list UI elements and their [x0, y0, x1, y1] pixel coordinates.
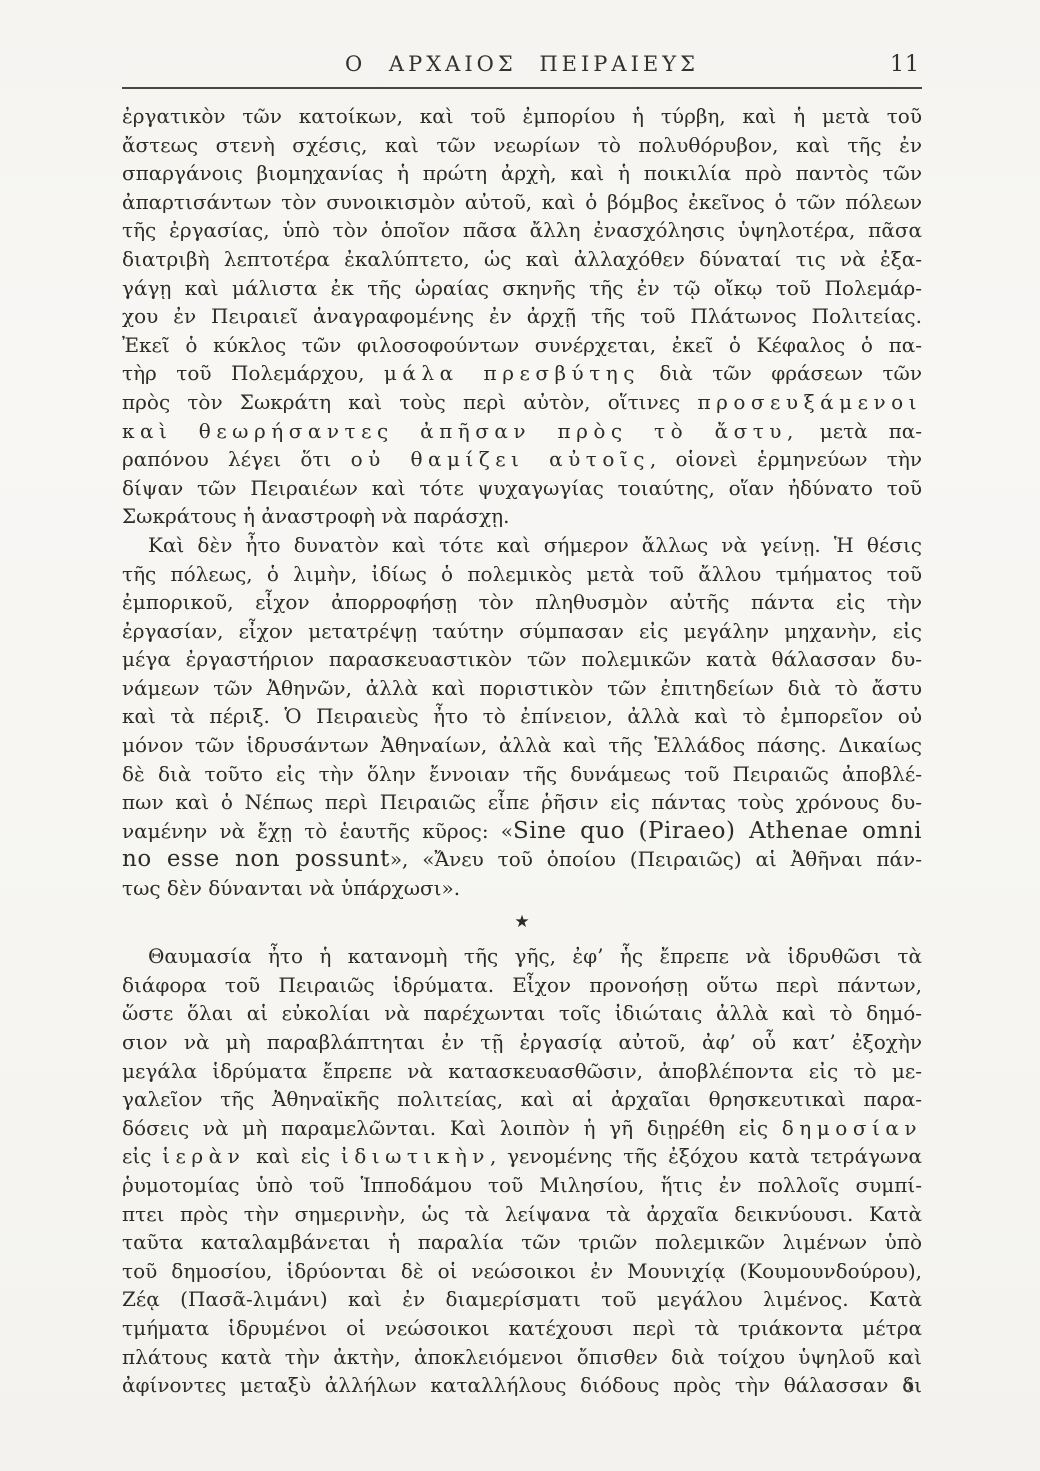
text-segment: ἐργατικὸν τῶν κατοίκων, καὶ τοῦ ἐμπορίου…	[122, 104, 922, 128]
text-line: γάγῃ καὶ μάλιστα ἐκ τῆς ὡραίας σκηνῆς τῆ…	[122, 274, 922, 303]
text-line: ἐμπορικοῦ, εἶχον ἀπορροφήσῃ τὸν πληθυσμὸ…	[122, 588, 922, 617]
text-line: διατριβὴ λεπτοτέρα ἐκαλύπτετο, ὡς καὶ ἀλ…	[122, 245, 922, 274]
text-segment: διάφορα τοῦ Πειραιῶς ἱδρύματα. Εἶχον προ…	[122, 973, 922, 997]
text-line: ἄστεως στενὴ σχέσις, καὶ τῶν νεωρίων τὸ …	[122, 131, 922, 160]
text-line: Καὶ δὲν ἦτο δυνατὸν καὶ τότε καὶ σήμερον…	[122, 531, 922, 560]
text-segment: καὶ τὰ πέριξ. Ὁ Πειραιεὺς ἦτο τὸ ἐπίνειο…	[122, 704, 922, 728]
text-segment: χου ἐν Πειραιεῖ ἀναγραφομένης ἐν ἀρχῇ τῆ…	[122, 304, 922, 328]
text-segment: ναμένην νὰ ἔχῃ τὸ ἑαυτῆς κῦρος: «	[122, 819, 513, 843]
letterspaced-emphasis-segment: οὐ θαμίζει αὐτοῖς	[351, 447, 650, 471]
letterspaced-emphasis-segment: ἱερὰν	[162, 1144, 245, 1168]
text-segment: γάγῃ καὶ μάλιστα ἐκ τῆς ὡραίας σκηνῆς τῆ…	[122, 276, 922, 300]
text-line: ἐργασίαν, εἶχον μετατρέψῃ ταύτην σύμπασα…	[122, 617, 922, 646]
text-line: πρὸς τὸν Σωκράτη καὶ τοὺς περὶ αὐτὸν, οἵ…	[122, 388, 922, 417]
text-line: Σωκράτους ἡ ἀναστροφὴ νὰ παράσχῃ.	[122, 502, 922, 531]
text-segment: δόσεις νὰ μὴ παραμελῶνται. Καὶ λοιπὸν ἡ …	[122, 1116, 782, 1140]
text-line: πτει πρὸς τὴν σημερινὴν, ὡς τὰ λείψανα τ…	[122, 1200, 922, 1229]
text-line: ταῦτα καταλαμβάνεται ἡ παραλία τῶν τριῶν…	[122, 1228, 922, 1257]
text-line: δὲ διὰ τοῦτο εἰς τὴν ὅλην ἔννοιαν τῆς δυ…	[122, 760, 922, 789]
text-line: ἀφίνοντες μεταξὺ ἀλλήλων καταλλήλους διό…	[122, 1371, 922, 1400]
text-segment: τμήματα ἱδρυμένοι οἱ νεώσοικοι κατέχουσι…	[122, 1316, 922, 1340]
text-segment: τως δὲν δύνανται νὰ ὑπάρχωσι».	[122, 876, 460, 900]
catchword-signature-mark: ά	[903, 1376, 914, 1395]
text-segment: καὶ εἰς	[245, 1144, 341, 1168]
text-segment: εἰς	[122, 1144, 162, 1168]
text-segment: ἐμπορικοῦ, εἶχον ἀπορροφήσῃ τὸν πληθυσμὸ…	[122, 590, 922, 614]
text-segment: ἐργασίαν, εἶχον μετατρέψῃ ταύτην σύμπασα…	[122, 619, 922, 643]
text-segment: πων καὶ ὁ Νέπως περὶ Πειραιῶς εἶπε ῥῆσιν…	[122, 790, 922, 814]
text-segment: ὥστε ὅλαι αἱ εὐκολίαι νὰ παρέχωνται τοῖς…	[122, 1001, 922, 1025]
text-line: τὴρ τοῦ Πολεμάρχου, μάλα πρεσβύτης διὰ τ…	[122, 359, 922, 388]
text-segment: , γενομένης τῆς ἐξόχου κατὰ τετράγωνα	[490, 1144, 922, 1168]
letterspaced-emphasis-segment: μάλα πρεσβύτης	[384, 361, 640, 385]
text-segment: γαλεῖον τῆς Ἀθηναϊκῆς πολιτείας, καὶ αἱ …	[122, 1087, 922, 1111]
text-segment: τοῦ δημοσίου, ἱδρύονται δὲ οἱ νεώσοικοι …	[122, 1259, 922, 1283]
text-segment: μεγάλα ἱδρύματα ἔπρεπε νὰ κατασκευασθῶσι…	[122, 1059, 922, 1083]
page-body: ἐργατικὸν τῶν κατοίκων, καὶ τοῦ ἐμπορίου…	[122, 102, 922, 1400]
text-line: Ζέᾳ (Πασᾶ-λιμάνι) καὶ ἐν διαμερίσματι το…	[122, 1285, 922, 1314]
text-segment: δὲ διὰ τοῦτο εἰς τὴν ὅλην ἔννοιαν τῆς δυ…	[122, 762, 922, 786]
text-line: γαλεῖον τῆς Ἀθηναϊκῆς πολιτείας, καὶ αἱ …	[122, 1085, 922, 1114]
page-title: Ο ΑΡΧΑΙΟΣ ΠΕΙΡΑΙΕΥΣ	[122, 52, 922, 76]
latin-quote-segment: no esse non possunt	[122, 846, 390, 872]
book-page-scan: Ο ΑΡΧΑΙΟΣ ΠΕΙΡΑΙΕΥΣ 11 ἐργατικὸν τῶν κατ…	[0, 0, 1040, 1471]
text-segment: ῥυμοτομίας ὑπὸ τοῦ Ἱπποδάμου τοῦ Μιλησίο…	[122, 1173, 922, 1197]
text-segment: Σωκράτους ἡ ἀναστροφὴ νὰ παράσχῃ.	[122, 504, 509, 528]
text-line: no esse non possunt», «Ἄνευ τοῦ ὁποίου (…	[122, 845, 922, 874]
text-segment: διατριβὴ λεπτοτέρα ἐκαλύπτετο, ὡς καὶ ἀλ…	[122, 247, 922, 271]
text-segment: διὰ τῶν φράσεων τῶν	[640, 361, 922, 385]
text-line: ὥστε ὅλαι αἱ εὐκολίαι νὰ παρέχωνται τοῖς…	[122, 999, 922, 1028]
text-line: καὶ θεωρήσαντες ἀπῆσαν πρὸς τὸ ἄστυ, μετ…	[122, 417, 922, 446]
text-segment: σιον νὰ μὴ παραβλάπτηται ἐν τῇ ἐργασίᾳ α…	[122, 1030, 922, 1054]
text-line: διάφορα τοῦ Πειραιῶς ἱδρύματα. Εἶχον προ…	[122, 971, 922, 1000]
text-line: τως δὲν δύνανται νὰ ὑπάρχωσι».	[122, 874, 922, 903]
text-segment: μόνον τῶν ἱδρυσάντων Ἀθηναίων, ἀλλὰ καὶ …	[122, 733, 922, 757]
text-line: ἀπαρτισάντων τὸν συνοικισμὸν αὐτοῦ, καὶ …	[122, 188, 922, 217]
text-line: εἰς ἱερὰν καὶ εἰς ἰδιωτικὴν, γενομένης τ…	[122, 1142, 922, 1171]
text-segment: », «Ἄνευ τοῦ ὁποίου (Πειραιῶς) αἱ Ἀθῆναι…	[390, 847, 922, 871]
text-segment: νάμεων τῶν Ἀθηνῶν, ἀλλὰ καὶ ποριστικὸν τ…	[122, 676, 922, 700]
letterspaced-emphasis-segment: προσευξάμενοι	[697, 390, 922, 414]
text-segment: Ἐκεῖ ὁ κύκλος τῶν φιλοσοφούντων συνέρχετ…	[122, 333, 922, 357]
text-line: Ἐκεῖ ὁ κύκλος τῶν φιλοσοφούντων συνέρχετ…	[122, 331, 922, 360]
header-rule	[122, 87, 922, 89]
text-segment: σπαργάνοις βιομηχανίας ἡ πρώτη ἀρχὴ, καὶ…	[122, 161, 922, 185]
text-segment: ἀφίνοντες μεταξὺ ἀλλήλων καταλλήλους διό…	[122, 1373, 922, 1397]
text-segment: τὴρ τοῦ Πολεμάρχου,	[122, 361, 384, 385]
letterspaced-emphasis-segment: ἰδιωτικὴν	[341, 1144, 490, 1168]
text-line: μόνον τῶν ἱδρυσάντων Ἀθηναίων, ἀλλὰ καὶ …	[122, 731, 922, 760]
text-segment: ταῦτα καταλαμβάνεται ἡ παραλία τῶν τριῶν…	[122, 1230, 922, 1254]
section-separator-star: ★	[122, 903, 922, 943]
text-segment: Θαυμασία ἦτο ἡ κατανομὴ τῆς γῆς, ἐφ’ ἧς …	[148, 944, 922, 968]
text-segment: τῆς ἐργασίας, ὑπὸ τὸν ὁποῖον πᾶσα ἄλλη ἐ…	[122, 218, 922, 242]
text-line: ραπόνου λέγει ὅτι οὐ θαμίζει αὐτοῖς, οἱο…	[122, 445, 922, 474]
text-segment: μετὰ πα-	[799, 419, 922, 443]
text-line: Θαυμασία ἦτο ἡ κατανομὴ τῆς γῆς, ἐφ’ ἧς …	[122, 942, 922, 971]
text-line: μέγα ἐργαστήριον παρασκευαστικὸν τῶν πολ…	[122, 645, 922, 674]
text-line: ἐργατικὸν τῶν κατοίκων, καὶ τοῦ ἐμπορίου…	[122, 102, 922, 131]
text-line: μεγάλα ἱδρύματα ἔπρεπε νὰ κατασκευασθῶσι…	[122, 1057, 922, 1086]
text-line: ῥυμοτομίας ὑπὸ τοῦ Ἱπποδάμου τοῦ Μιλησίο…	[122, 1171, 922, 1200]
text-line: νάμεων τῶν Ἀθηνῶν, ἀλλὰ καὶ ποριστικὸν τ…	[122, 674, 922, 703]
text-segment: πρὸς τὸν Σωκράτη καὶ τοὺς περὶ αὐτὸν, οἵ…	[122, 390, 697, 414]
text-segment: , οἱονεὶ ἑρμηνεύων τὴν	[650, 447, 922, 471]
letterspaced-emphasis-segment: δημοσίαν	[782, 1116, 922, 1140]
text-line: τῆς πόλεως, ὁ λιμὴν, ἰδίως ὁ πολεμικὸς μ…	[122, 560, 922, 589]
page-number: 11	[890, 52, 920, 77]
latin-quote-segment: Sine quo (Piraeo) Athenae omni	[513, 818, 922, 844]
text-segment: Ζέᾳ (Πασᾶ-λιμάνι) καὶ ἐν διαμερίσματι το…	[122, 1287, 922, 1311]
text-line: ναμένην νὰ ἔχῃ τὸ ἑαυτῆς κῦρος: «Sine qu…	[122, 817, 922, 846]
text-segment: πλάτους κατὰ τὴν ἀκτὴν, ἀποκλειόμενοι ὄπ…	[122, 1345, 922, 1369]
text-segment: ἀπαρτισάντων τὸν συνοικισμὸν αὐτοῦ, καὶ …	[122, 190, 922, 214]
text-segment: δίψαν τῶν Πειραιέων καὶ τότε ψυχαγωγίας …	[122, 476, 922, 500]
text-line: δίψαν τῶν Πειραιέων καὶ τότε ψυχαγωγίας …	[122, 474, 922, 503]
text-line: σιον νὰ μὴ παραβλάπτηται ἐν τῇ ἐργασίᾳ α…	[122, 1028, 922, 1057]
text-segment: ραπόνου λέγει ὅτι	[122, 447, 351, 471]
text-line: χου ἐν Πειραιεῖ ἀναγραφομένης ἐν ἀρχῇ τῆ…	[122, 302, 922, 331]
text-line: τοῦ δημοσίου, ἱδρύονται δὲ οἱ νεώσοικοι …	[122, 1257, 922, 1286]
text-segment: μέγα ἐργαστήριον παρασκευαστικὸν τῶν πολ…	[122, 647, 922, 671]
text-line: πων καὶ ὁ Νέπως περὶ Πειραιῶς εἶπε ῥῆσιν…	[122, 788, 922, 817]
text-block: Ο ΑΡΧΑΙΟΣ ΠΕΙΡΑΙΕΥΣ 11 ἐργατικὸν τῶν κατ…	[122, 52, 922, 1400]
text-segment: Καὶ δὲν ἦτο δυνατὸν καὶ τότε καὶ σήμερον…	[148, 533, 922, 557]
text-line: τῆς ἐργασίας, ὑπὸ τὸν ὁποῖον πᾶσα ἄλλη ἐ…	[122, 216, 922, 245]
text-segment: ἄστεως στενὴ σχέσις, καὶ τῶν νεωρίων τὸ …	[122, 133, 922, 157]
running-header: Ο ΑΡΧΑΙΟΣ ΠΕΙΡΑΙΕΥΣ 11	[122, 52, 922, 80]
letterspaced-emphasis-segment: καὶ θεωρήσαντες ἀπῆσαν πρὸς τὸ ἄστυ,	[122, 419, 799, 443]
text-line: σπαργάνοις βιομηχανίας ἡ πρώτη ἀρχὴ, καὶ…	[122, 159, 922, 188]
text-line: τμήματα ἱδρυμένοι οἱ νεώσοικοι κατέχουσι…	[122, 1314, 922, 1343]
text-line: καὶ τὰ πέριξ. Ὁ Πειραιεὺς ἦτο τὸ ἐπίνειο…	[122, 702, 922, 731]
text-line: πλάτους κατὰ τὴν ἀκτὴν, ἀποκλειόμενοι ὄπ…	[122, 1343, 922, 1372]
text-segment: τῆς πόλεως, ὁ λιμὴν, ἰδίως ὁ πολεμικὸς μ…	[122, 562, 922, 586]
text-line: δόσεις νὰ μὴ παραμελῶνται. Καὶ λοιπὸν ἡ …	[122, 1114, 922, 1143]
text-segment: πτει πρὸς τὴν σημερινὴν, ὡς τὰ λείψανα τ…	[122, 1202, 922, 1226]
